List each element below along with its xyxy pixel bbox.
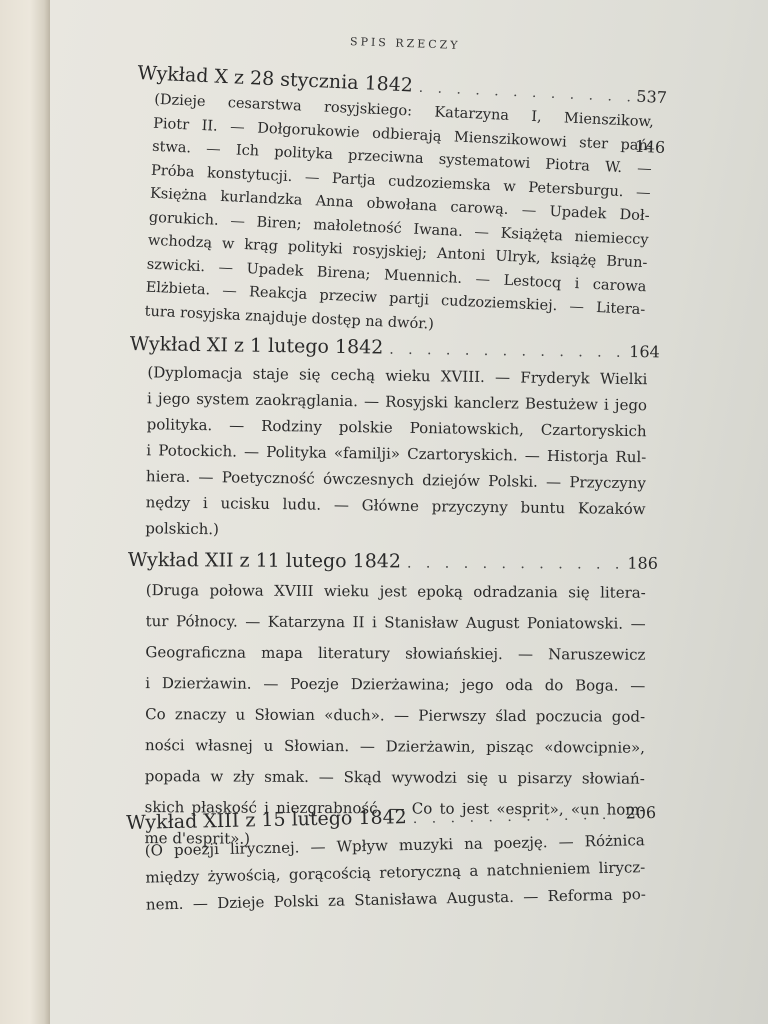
toc-entry-page-number: 164: [629, 342, 660, 361]
description-line: Geograficzna mapa literatury słowiańskie…: [145, 637, 645, 671]
description-line: Co znaczy u Słowian «duch». — Pierwszy ś…: [145, 699, 645, 733]
toc-entry: Wykład X z 28 stycznia 1842 . . . . . . …: [126, 62, 667, 347]
description-line: tur Północy. — Katarzyna II i Stanisław …: [146, 606, 646, 640]
leader-dots: . . . . . . . . . . . . . . . . . . . . …: [413, 807, 620, 827]
toc-entry: Wykład XIII z 15 lutego 1842 . . . . . .…: [126, 801, 658, 919]
toc-entry-extra-number: 537: [636, 87, 667, 107]
description-line: ności własnej u Słowian. — Dzierżawin, p…: [145, 730, 645, 764]
toc-entry-page-number: 206: [625, 803, 656, 823]
leader-dots: . . . . . . . . . . . . . . . . . . . . …: [389, 342, 623, 361]
toc-entry-description: (O poezji lirycznej. — Wpływ muzyki na p…: [145, 827, 647, 918]
description-line: popada w zły smak. — Skąd wywodzi się u …: [145, 761, 645, 795]
description-line: i Dzierżawin. — Poezje Dzierżawina; jego…: [145, 668, 645, 702]
toc-entry-page-number: 146: [634, 137, 665, 157]
toc-entry-title: Wykład XII z 11 lutego 1842: [128, 549, 401, 572]
book-spine: [0, 0, 50, 1024]
toc-entry-description: (Dyplomacja staje się cechą wieku XVIII.…: [145, 359, 647, 548]
description-line: (Druga połowa XVIII wieku jest epoką odr…: [146, 575, 646, 609]
toc-entry-title-row: Wykład XII z 11 lutego 1842 . . . . . . …: [128, 549, 658, 574]
toc-entry-title: Wykład XI z 1 lutego 1842: [130, 333, 384, 359]
toc-entry: Wykład XI z 1 lutego 1842 . . . . . . . …: [127, 333, 660, 548]
toc-entry-title: Wykład XIII z 15 lutego 1842: [126, 806, 407, 834]
leader-dots: . . . . . . . . . . . . . . . . . . . . …: [407, 555, 621, 572]
toc-entry-description: (Dzieje cesarstwa rosyjskiego: Katarzyna…: [144, 89, 654, 346]
toc-entry-page-number: 186: [627, 554, 658, 573]
